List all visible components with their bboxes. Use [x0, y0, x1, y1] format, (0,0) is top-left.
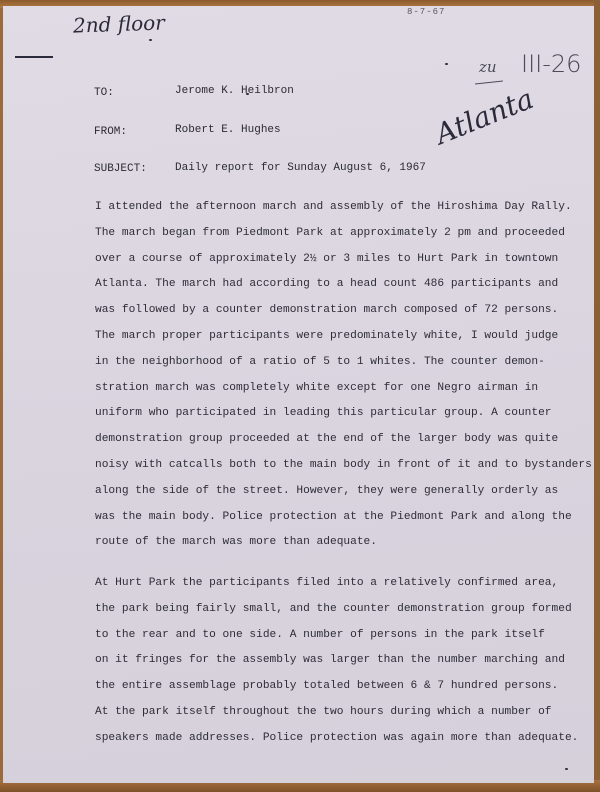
text-line: demonstration group proceeded at the end…	[95, 427, 595, 453]
text-line: route of the march was more than adequat…	[95, 530, 595, 556]
text-line: the entire assemblage probably totaled b…	[95, 674, 595, 700]
text-line: was followed by a counter demonstration …	[95, 298, 595, 324]
handwritten-file-code: III-26	[521, 50, 581, 78]
handwritten-floor-note: 2nd floor	[73, 10, 166, 37]
text-line: At the park itself throughout the two ho…	[95, 700, 595, 726]
date-stamp: 8-7-67	[407, 7, 445, 17]
text-line: The march began from Piedmont Park at ap…	[95, 221, 595, 247]
handwritten-underline	[475, 81, 503, 85]
text-line: noisy with catcalls both to the main bod…	[95, 453, 595, 479]
text-line: speakers made addresses. Police protecti…	[95, 726, 595, 752]
text-line: to the rear and to one side. A number of…	[95, 623, 595, 649]
memo-page: 8-7-67 2nd floor zu III-26 Atlanta TO: J…	[3, 6, 594, 783]
from-label: FROM:	[94, 126, 127, 138]
text-line: At Hurt Park the participants filed into…	[95, 571, 595, 597]
paper-speck	[565, 768, 568, 770]
handwritten-dash-mark	[15, 56, 53, 58]
handwritten-file-prefix: zu	[479, 58, 497, 76]
from-value: Robert E. Hughes	[175, 124, 281, 136]
text-line: The march proper participants were predo…	[95, 324, 595, 350]
handwritten-city-note: Atlanta	[431, 82, 538, 151]
text-line: the park being fairly small, and the cou…	[95, 597, 595, 623]
paper-speck	[445, 63, 448, 65]
text-line: in the neighborhood of a ratio of 5 to 1…	[95, 350, 595, 376]
text-line: uniform who participated in leading this…	[95, 401, 595, 427]
text-line: over a course of approximately 2½ or 3 m…	[95, 247, 595, 273]
text-line: I attended the afternoon march and assem…	[95, 195, 595, 221]
body-paragraph-2: At Hurt Park the participants filed into…	[95, 571, 595, 752]
text-line: was the main body. Police protection at …	[95, 505, 595, 531]
text-line: on it fringes for the assembly was large…	[95, 648, 595, 674]
subject-label: SUBJECT:	[94, 163, 147, 175]
subject-value: Daily report for Sunday August 6, 1967	[175, 162, 426, 174]
paper-speck	[149, 39, 152, 41]
to-label: TO:	[94, 87, 114, 99]
text-line: along the side of the street. However, t…	[95, 479, 595, 505]
text-line: Atlanta. The march had according to a he…	[95, 272, 595, 298]
body-paragraph-1: I attended the afternoon march and assem…	[95, 195, 595, 556]
paper-speck	[246, 93, 249, 95]
to-value: Jerome K. Heilbron	[175, 85, 294, 97]
text-line: stration march was completely white exce…	[95, 376, 595, 402]
